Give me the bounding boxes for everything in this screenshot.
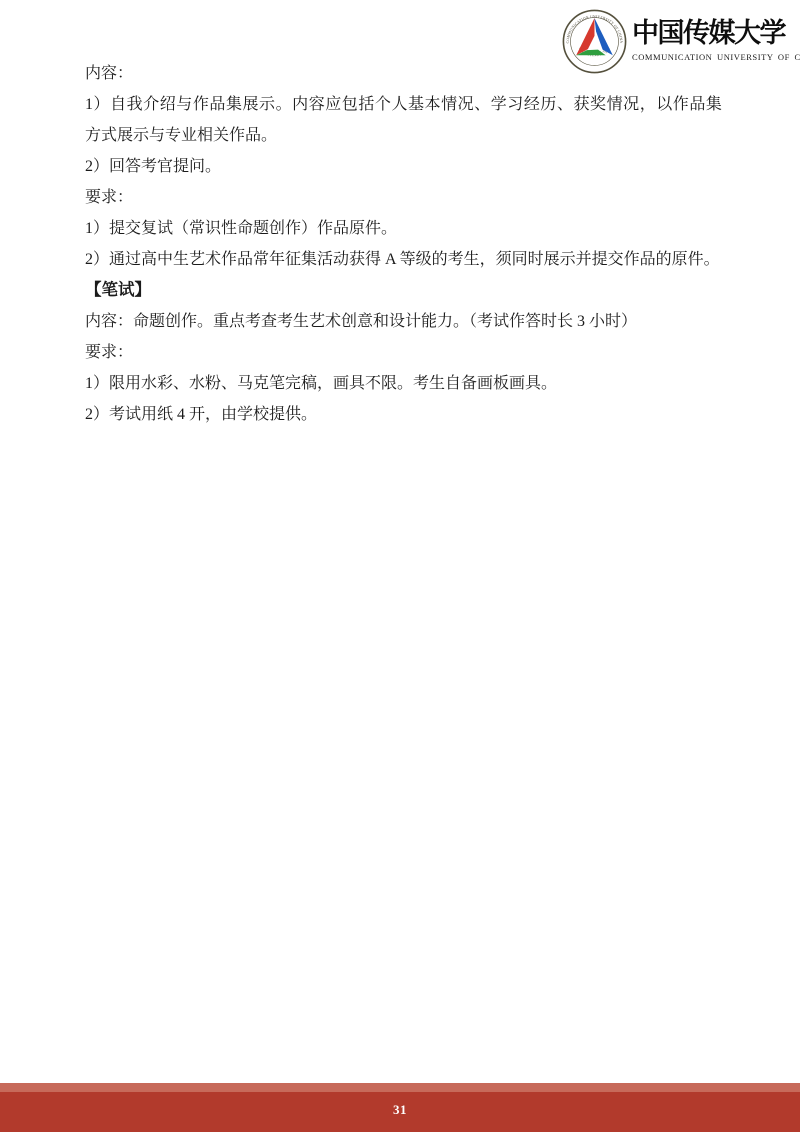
page-footer: 31 xyxy=(0,1083,800,1132)
document-line: 要求： xyxy=(85,182,725,213)
document-line: 方式展示与专业相关作品。 xyxy=(85,120,725,151)
document-line: 2）考试用纸 4 开，由学校提供。 xyxy=(85,399,725,430)
page-number: 31 xyxy=(393,1102,407,1118)
document-line: 要求： xyxy=(85,337,725,368)
document-line: 1）自我介绍与作品集展示。内容应包括个人基本情况、学习经历、获奖情况，以作品集 xyxy=(85,89,725,120)
document-line: 2）通过高中生艺术作品常年征集活动获得 A 等级的考生，须同时展示并提交作品的原… xyxy=(85,244,725,275)
document-line: 内容：命题创作。重点考查考生艺术创意和设计能力。（考试作答时长 3 小时） xyxy=(85,306,725,337)
footer-bar: 31 xyxy=(0,1092,800,1132)
document-line: 2）回答考官提问。 xyxy=(85,151,725,182)
document-body: 内容： 1）自我介绍与作品集展示。内容应包括个人基本情况、学习经历、获奖情况，以… xyxy=(85,58,725,430)
section-heading-written-exam: 【笔试】 xyxy=(85,275,725,306)
university-name-cn: 中国传媒大学 xyxy=(632,17,800,49)
footer-accent-strip xyxy=(0,1083,800,1092)
document-page: COMMUNICATION UNIVERSITY OF CHINA · 中国传媒… xyxy=(0,0,800,1132)
university-logotype: 中国传媒大学 COMMUNICATION UNIVERSITY OF CHINA xyxy=(632,7,800,62)
document-line: 1）限用水彩、水粉、马克笔完稿，画具不限。考生自备画板画具。 xyxy=(85,368,725,399)
document-line: 1）提交复试（常识性命题创作）作品原件。 xyxy=(85,213,725,244)
document-line: 内容： xyxy=(85,58,725,89)
